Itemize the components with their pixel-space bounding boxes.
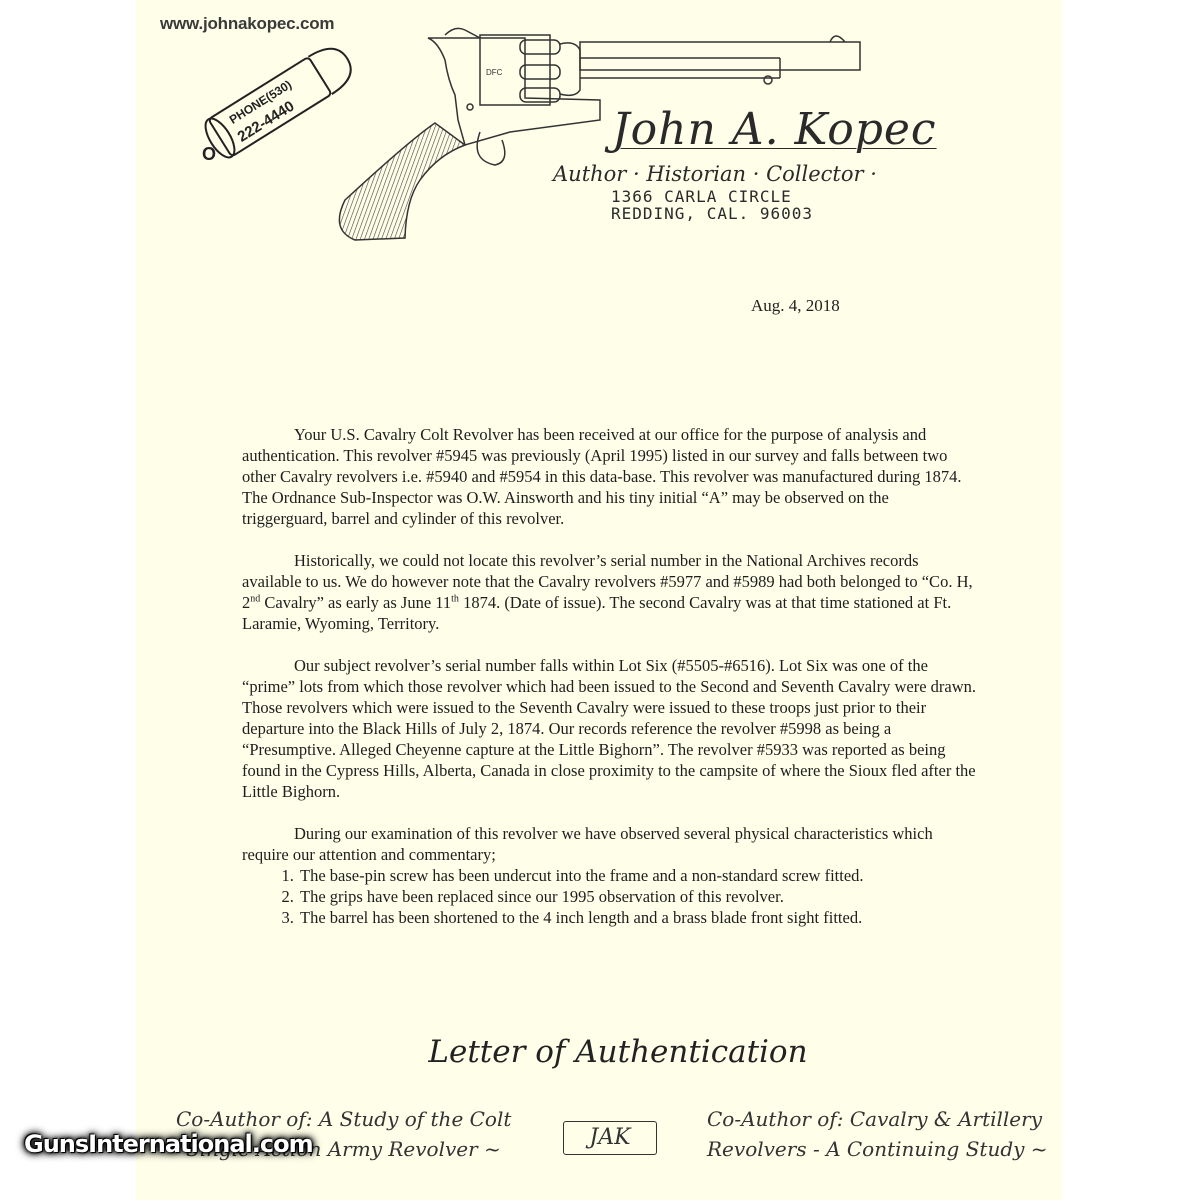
- svg-text:O: O: [202, 144, 216, 164]
- letterhead-address: 1366 CARLA CIRCLE REDDING, CAL. 96003: [611, 188, 813, 222]
- address-line-1: 1366 CARLA CIRCLE: [611, 188, 813, 205]
- letter-body: Your U.S. Cavalry Colt Revolver has been…: [242, 424, 977, 928]
- list-item: The grips have been replaced since our 1…: [298, 886, 977, 907]
- paragraph-1: Your U.S. Cavalry Colt Revolver has been…: [242, 424, 977, 529]
- watermark-logo: GunsInternational.com: [24, 1130, 313, 1158]
- letterhead-title: Author · Historian · Collector ·: [553, 162, 877, 186]
- paragraph-4: During our examination of this revolver …: [242, 823, 977, 865]
- grip-icon: [339, 123, 465, 240]
- cartridge-icon: PHONE(530) 222-4440 O: [200, 40, 359, 164]
- coauthor-credit-right: Co-Author of: Cavalry & Artillery Revolv…: [707, 1104, 1048, 1164]
- svg-text:DFC: DFC: [486, 68, 503, 77]
- paragraph-2: Historically, we could not locate this r…: [242, 550, 977, 634]
- list-item: The base-pin screw has been undercut int…: [298, 865, 977, 886]
- observations-list: The base-pin screw has been undercut int…: [242, 865, 977, 928]
- monogram-stamp: JAK: [563, 1121, 657, 1155]
- letter-date: Aug. 4, 2018: [751, 296, 840, 316]
- list-item: The barrel has been shortened to the 4 i…: [298, 907, 977, 928]
- letter-of-authentication-title: Letter of Authentication: [0, 1034, 1200, 1070]
- letterhead-name: John A. Kopec: [612, 104, 937, 155]
- address-line-2: REDDING, CAL. 96003: [611, 205, 813, 222]
- paragraph-3: Our subject revolver’s serial number fal…: [242, 655, 977, 802]
